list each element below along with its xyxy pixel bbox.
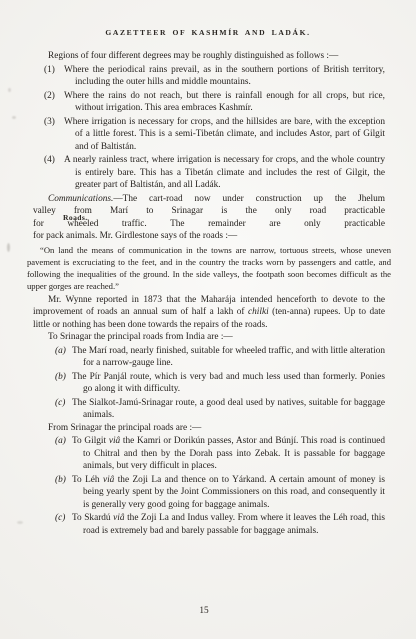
list-item-text: Where the rains do not reach, but there … [64,91,385,114]
italic-term: viâ [103,475,114,485]
from-srinagar-heading: From Srinagar the principal roads are :— [33,422,385,435]
communications-paragraph: Roads. Communications.—The cart-road now… [33,193,385,243]
list-item-text: the Zoji La and Indus valley. From where… [83,513,385,536]
intro-paragraph: Regions of four different degrees may be… [33,50,385,63]
list-item-text: Where the periodical rains prevail, as i… [64,65,385,88]
list-marker: (b) [55,371,72,384]
list-item-text: A nearly rainless tract, where irrigatio… [64,155,385,190]
to-srinagar-heading: To Srinagar the principal roads from Ind… [33,331,385,344]
list-marker: (c) [55,397,72,410]
list-item-text: The Pír Panjál route, which is very bad … [72,372,385,395]
region-item-3: (3)Where irrigation is necessary for cro… [33,116,385,154]
scan-artifact [12,116,16,119]
india-road-item-c: (c)The Sialkot-Jamú-Srinagar route, a go… [33,397,385,422]
running-head: GAZETTEER OF KASHMÍR AND LADÁK. [0,28,416,37]
scan-artifact [7,243,10,252]
paragraph-lead-italic: Communications. [48,194,113,204]
india-road-item-b: (b)The Pír Panjál route, which is very b… [33,371,385,396]
list-item-text: To Skardú [72,513,113,523]
srinagar-road-item-b: (b)To Léh viâ the Zoji La and thence on … [33,474,385,512]
region-item-1: (1)Where the periodical rains prevail, a… [33,64,385,89]
list-marker: (a) [55,345,72,358]
list-item-text: The Marí road, nearly finished, suitable… [72,346,385,369]
region-item-2: (2)Where the rains do not reach, but the… [33,90,385,115]
italic-term: viâ [109,436,120,446]
list-item-text: To Léh [72,475,103,485]
book-page: GAZETTEER OF KASHMÍR AND LADÁK. Regions … [0,0,416,639]
list-item-text: the Kamri or Dorikún passes, Astor and B… [83,436,385,471]
italic-term: viâ [113,513,124,523]
text-line: for pack animals. Mr. Girdlestone says o… [33,230,385,243]
srinagar-road-item-a: (a)To Gilgit viâ the Kamri or Dorikún pa… [33,435,385,473]
list-item-text: The Sialkot-Jamú-Srinagar route, a good … [72,398,385,421]
margin-note-roads: Roads. [63,212,88,225]
india-road-item-a: (a)The Marí road, nearly finished, suita… [33,345,385,370]
list-item-text: Where irrigation is necessary for crops,… [64,117,385,152]
list-marker: (1) [44,64,64,77]
list-marker: (c) [55,512,72,525]
text-line: Communications.—The cart-road now under … [33,193,385,206]
list-item-text: the Zoji La and thence on to Yárkand. A … [83,475,385,510]
list-marker: (2) [44,90,64,103]
text-line-rest: —The cart-road now under construction up… [113,194,385,204]
list-marker: (4) [44,154,64,167]
srinagar-road-item-c: (c)To Skardú viâ the Zoji La and Indus v… [33,512,385,537]
list-item-text: To Gilgit [72,436,109,446]
list-marker: (a) [55,435,72,448]
blockquote-girdlestone: “On land the means of communication in t… [27,244,391,292]
page-content: Regions of four different degrees may be… [33,50,385,537]
list-marker: (b) [55,474,72,487]
wynne-paragraph: Mr. Wynne reported in 1873 that the Maha… [33,294,385,332]
list-marker: (3) [44,116,64,129]
scan-artifact [8,88,11,92]
region-item-4: (4)A nearly rainless tract, where irriga… [33,154,385,192]
page-number: 15 [0,606,408,616]
italic-term: chilki [248,307,269,317]
scan-artifact [17,521,23,524]
